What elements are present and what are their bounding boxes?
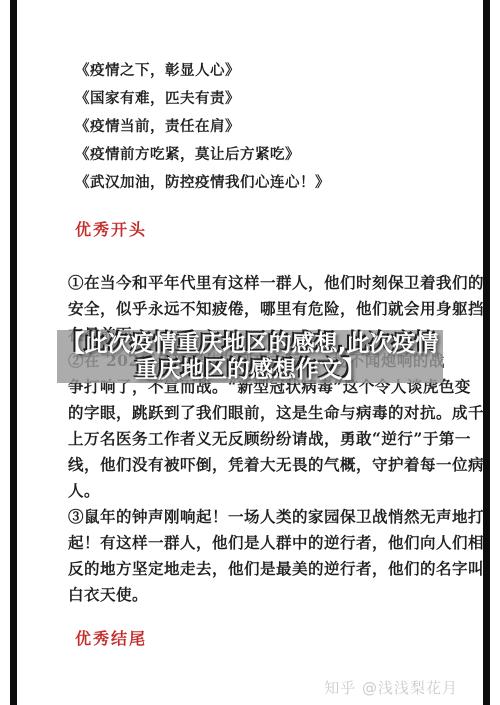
page-border-left [10,0,17,705]
essay-title: 《武汉加油，防控疫情我们心连心！》 [75,169,330,197]
opening-heading: 优秀开头 [75,217,147,240]
essay-title: 《疫情之下，彰显人心》 [75,57,330,85]
watermark-band: 【此次疫情重庆地区的感想,此次疫情 重庆地区的感想作文】 [57,330,443,383]
paragraph-3: ③鼠年的钟声刚响起！一场人类的家园保卫战悄然无声地打起！有这样一群人，他们是人群… [68,504,444,608]
body-line: 上万名医务工作者义无反顾纷纷请战，勇敢“逆行”于第一 [68,426,444,452]
essay-body: ①在当今和平年代里有这样一群人，他们时刻保卫着我们的安全，似乎永远不知疲倦，哪里… [68,270,444,608]
watermark-overlay-line-1: 【此次疫情重庆地区的感想,此次疫情 [62,331,439,357]
essay-title: 《疫情当前，责任在肩》 [75,113,330,141]
body-line: ①在当今和平年代里有这样一群人，他们时刻保卫着我们的 [68,270,444,296]
body-line: ③鼠年的钟声刚响起！一场人类的家园保卫战悄然无声地打 [68,504,444,530]
article-page: 《疫情之下，彰显人心》《国家有难，匹夫有责》《疫情当前，责任在肩》《疫情前方吃紧… [0,0,500,705]
closing-heading: 优秀结尾 [75,626,147,649]
body-line: 白衣天使。 [68,582,444,608]
watermark-overlay-line-2: 重庆地区的感想作文】 [135,357,365,383]
body-line: 人。 [68,478,444,504]
body-line: 的字眼，跳跃到了我们眼前，这是生命与病毒的对抗。成千 [68,400,444,426]
zhihu-watermark: 知乎 @浅浅梨花月 [324,677,458,698]
body-line: 反的地方坚定地走去，他们是最美的逆行者，他们的名字叫 [68,556,444,582]
body-line: 线，他们没有被吓倒，凭着大无畏的气概，守护着每一位病 [68,452,444,478]
essay-title: 《国家有难，匹夫有责》 [75,85,330,113]
body-line: 起！有这样一群人，他们是人群中的逆行者，他们向人们相 [68,530,444,556]
body-line: 安全，似乎永远不知疲倦，哪里有危险，他们就会用身躯挡 [68,296,444,322]
page-border-right [483,0,490,705]
title-list: 《疫情之下，彰显人心》《国家有难，匹夫有责》《疫情当前，责任在肩》《疫情前方吃紧… [75,57,330,197]
essay-title: 《疫情前方吃紧，莫让后方紧吃》 [75,141,330,169]
